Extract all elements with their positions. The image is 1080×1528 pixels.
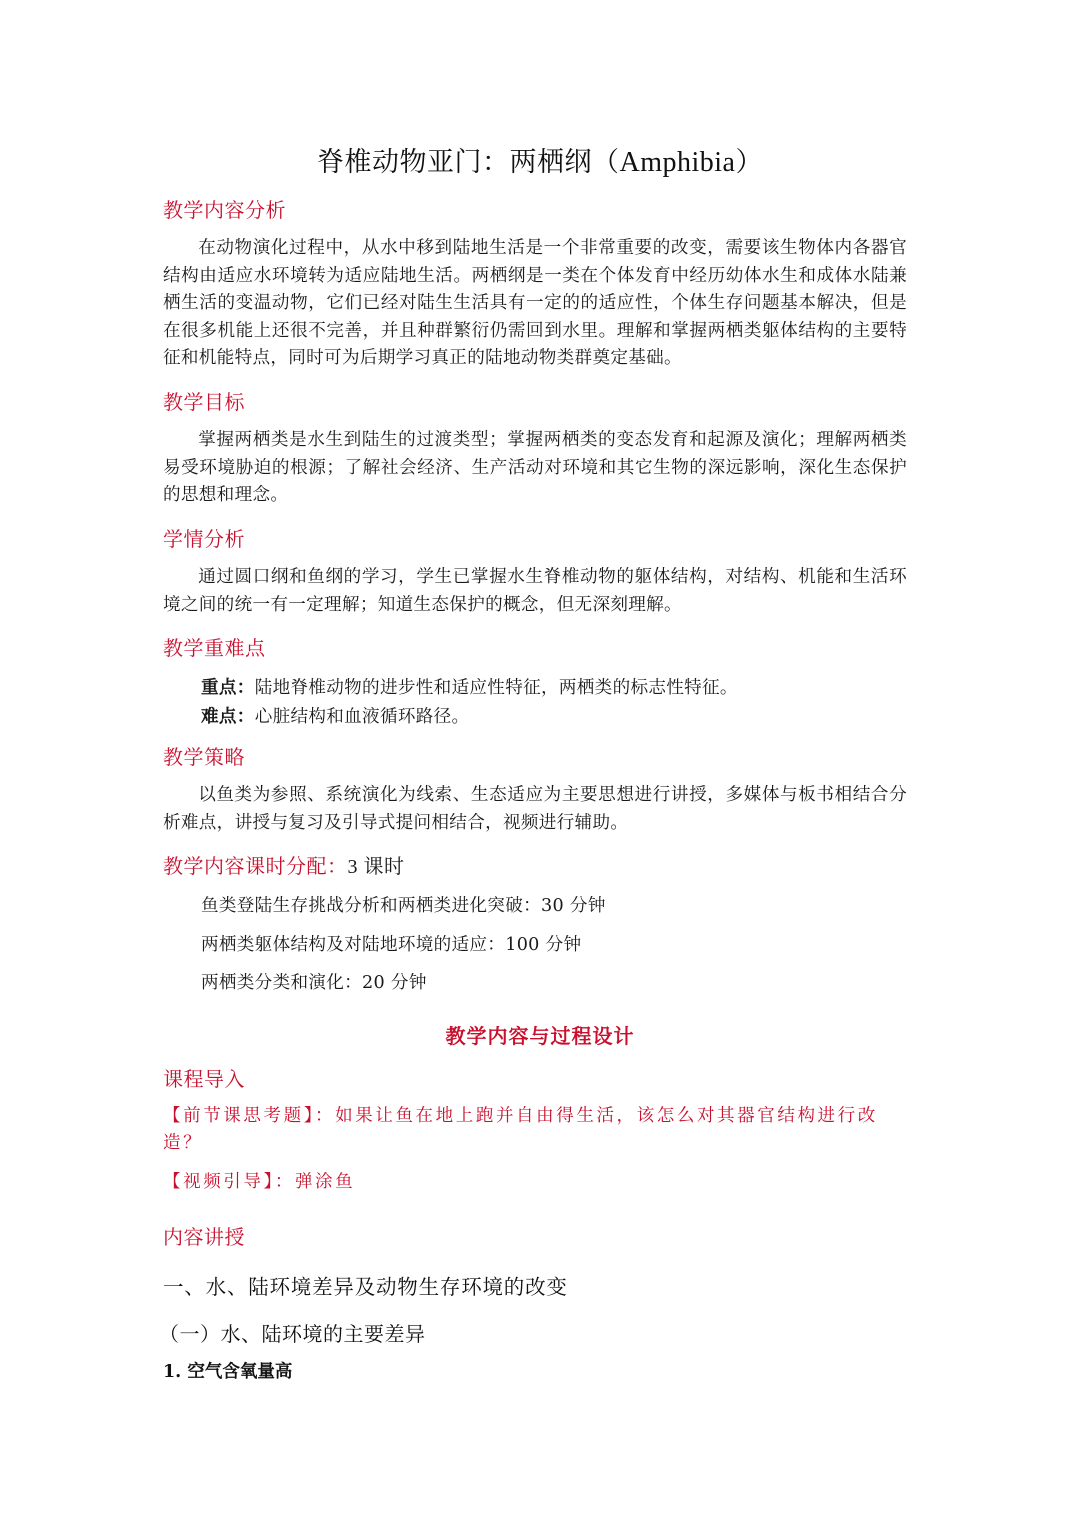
heading-design: 教学内容与过程设计	[163, 1020, 917, 1049]
schedule-item: 鱼类登陆生存挑战分析和两栖类进化突破：30 分钟	[201, 892, 606, 917]
difficult-point-label: 难点：	[201, 706, 255, 727]
difficult-point-text: 心脏结构和血液循环路径。	[255, 707, 470, 727]
paragraph-strategy: 以鱼类为参照、系统演化为线索、生态适应为主要思想进行讲授，多媒体与板书相结合分析…	[163, 782, 907, 837]
heading-schedule: 教学内容课时分配：3 课时	[163, 850, 405, 879]
title-latin: Amphibia	[620, 147, 736, 178]
heading-objectives: 教学目标	[163, 386, 245, 415]
lecture-heading-level1: 一、水、陆环境差异及动物生存环境的改变	[163, 1270, 568, 1300]
key-point-label: 重点：	[201, 677, 255, 698]
schedule-item: 两栖类分类和演化：20 分钟	[201, 969, 427, 994]
paragraph-learner-analysis: 通过圆口纲和鱼纲的学习，学生已掌握水生脊椎动物的躯体结构，对结构、机能和生活环境…	[163, 564, 907, 619]
key-point-text: 陆地脊椎动物的进步性和适应性特征，两栖类的标志性特征。	[255, 678, 738, 698]
document-title: 脊椎动物亚门：两栖纲（Amphibia）	[163, 140, 917, 179]
heading-key-points: 教学重难点	[163, 632, 266, 661]
lecture-heading-level3: 1. 空气含氧量高	[163, 1358, 292, 1383]
lecture-heading-level2: （一）水、陆环境的主要差异	[159, 1318, 426, 1347]
title-chinese: 脊椎动物亚门：两栖纲（	[317, 147, 620, 178]
paragraph-objectives: 掌握两栖类是水生到陆生的过渡类型；掌握两栖类的变态发育和起源及演化；理解两栖类易…	[163, 427, 907, 510]
title-close-paren: ）	[736, 147, 764, 178]
heading-lecture: 内容讲授	[163, 1221, 245, 1250]
heading-learner-analysis: 学情分析	[163, 523, 245, 552]
heading-content-analysis: 教学内容分析	[163, 194, 286, 223]
intro-video: 【视频引导】：弹涂鱼	[163, 1169, 907, 1196]
heading-intro: 课程导入	[163, 1063, 245, 1092]
intro-question: 【前节课思考题】：如果让鱼在地上跑并自由得生活，该怎么对其器官结构进行改造？	[163, 1103, 907, 1157]
schedule-total: 3 课时	[348, 856, 405, 878]
schedule-item: 两栖类躯体结构及对陆地环境的适应：100 分钟	[201, 931, 581, 956]
paragraph-content-analysis: 在动物演化过程中，从水中移到陆地生活是一个非常重要的改变，需要该生物体内各器官结…	[163, 235, 907, 373]
heading-strategy: 教学策略	[163, 741, 245, 770]
key-point-line: 重点：陆地脊椎动物的进步性和适应性特征，两栖类的标志性特征。	[201, 674, 738, 699]
difficult-point-line: 难点：心脏结构和血液循环路径。	[201, 703, 469, 728]
schedule-label: 教学内容课时分配：	[163, 854, 348, 878]
